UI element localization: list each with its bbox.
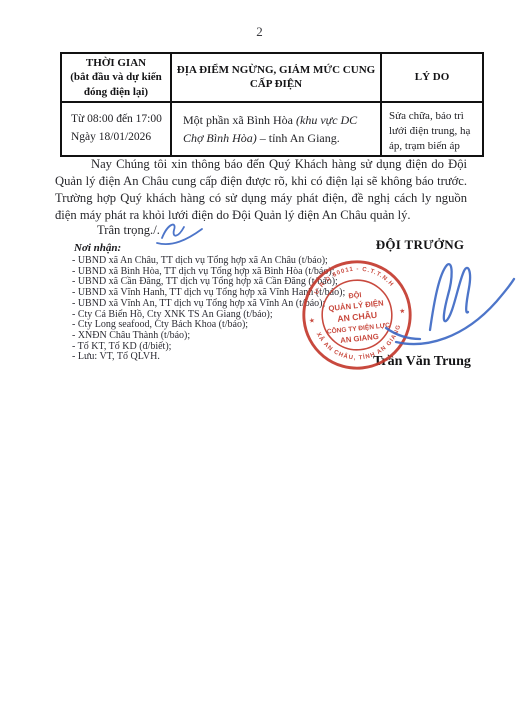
location-text-2: – tỉnh An Giang. [257,131,340,145]
initial-scribble [150,212,210,257]
recipients-label: Nơi nhận: [74,242,121,254]
stamp-star-left-icon: ★ [308,316,315,325]
stamp-line-1: ĐỘI [348,290,362,300]
time-date: Ngày 18/01/2026 [71,131,151,143]
document-page: 2 THỜI GIAN (bắt đầu và dự kiến đóng điệ… [0,0,519,725]
notice-paragraph: Nay Chúng tôi xin thông báo đến Quý Khác… [55,156,467,224]
table-row: Từ 08:00 đến 17:00 Ngày 18/01/2026 Một p… [61,102,483,157]
location-text-1: Một phần xã Bình Hòa [183,113,296,127]
cell-reason: Sửa chữa, bảo trì lưới điện trung, hạ áp… [381,102,483,157]
signature-icon [368,250,516,362]
header-location: ĐỊA ĐIỂM NGỪNG, GIẢM MỨC CUNG CẤP ĐIỆN [171,53,381,102]
page-number: 2 [0,24,519,40]
cell-location: Một phần xã Bình Hòa (khu vực DC Chợ Bìn… [171,102,381,157]
outage-table: THỜI GIAN (bắt đầu và dự kiến đóng điện … [60,52,484,157]
header-time: THỜI GIAN (bắt đầu và dự kiến đóng điện … [61,53,171,102]
header-time-sub: (bắt đầu và dự kiến đóng điện lại) [70,71,162,97]
table-header-row: THỜI GIAN (bắt đầu và dự kiến đóng điện … [61,53,483,102]
time-range: Từ 08:00 đến 17:00 [71,113,162,125]
header-time-title: THỜI GIAN [86,57,146,69]
cell-time: Từ 08:00 đến 17:00 Ngày 18/01/2026 [61,102,171,157]
scribble-icon [150,212,210,252]
handwritten-signature [368,250,516,367]
header-reason: LÝ DO [381,53,483,102]
